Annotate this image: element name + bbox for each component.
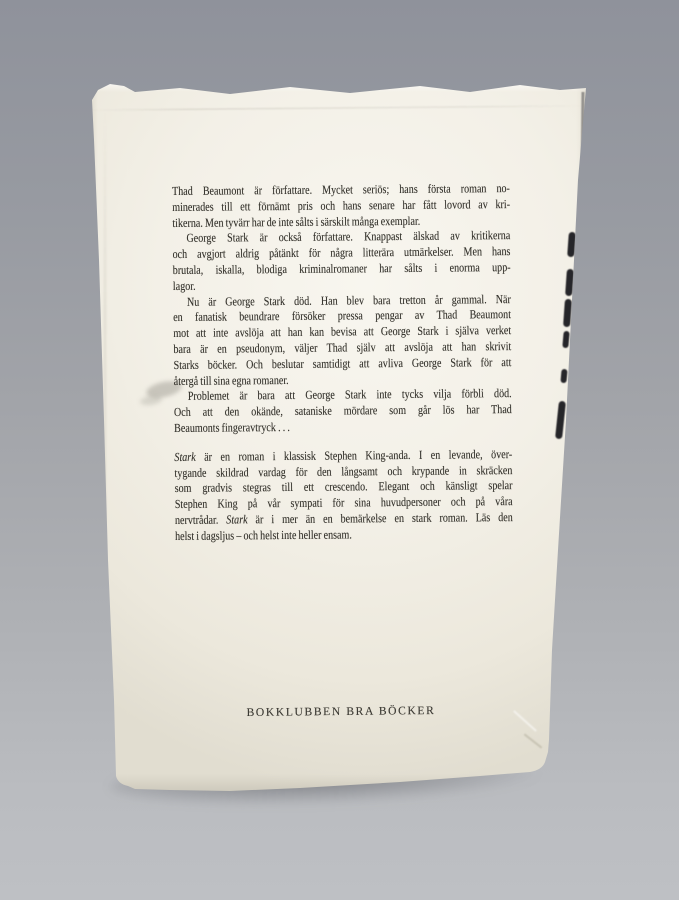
spine-edge-mark bbox=[567, 232, 576, 257]
text-line: nervtrådar. Stark är i mer än en bemärke… bbox=[175, 510, 513, 529]
blurb-paragraph: Stark är en roman i klassisk Stephen Kin… bbox=[174, 447, 513, 545]
text-line: minerades till ett förnämt pris och hans… bbox=[172, 197, 510, 216]
blurb-paragraph: Thad Beaumont är författare. Mycket seri… bbox=[172, 181, 510, 231]
text-line: brutala, iskalla, blodiga kriminalromane… bbox=[173, 260, 511, 279]
spine-edge-mark bbox=[560, 369, 567, 383]
spine-edge-shadow bbox=[581, 92, 585, 184]
blurb-paragraph: Nu är George Stark död. Han blev bara tr… bbox=[173, 292, 512, 390]
back-cover-blurb: Thad Beaumont är författare. Mycket seri… bbox=[172, 181, 513, 544]
smudge-stain bbox=[139, 395, 162, 407]
spine-edge-mark bbox=[565, 269, 574, 296]
jacket-top-crease bbox=[90, 105, 584, 111]
book-back-cover: Thad Beaumont är författare. Mycket seri… bbox=[84, 80, 596, 804]
text-line: Beaumonts fingeravtryck . . . bbox=[174, 418, 512, 437]
blurb-paragraph: Problemet är bara att George Stark inte … bbox=[174, 386, 512, 436]
text-line: helst i dagsljus – och helst inte heller… bbox=[175, 526, 513, 545]
publisher-imprint: BOKKLUBBEN BRA BÖCKER bbox=[181, 703, 501, 719]
spine-edge-mark bbox=[555, 401, 566, 440]
jacket-fold-line bbox=[104, 110, 106, 770]
photo-backdrop: Thad Beaumont är författare. Mycket seri… bbox=[0, 0, 679, 900]
jacket-corner-crease bbox=[513, 710, 537, 732]
spine-edge-mark bbox=[563, 299, 572, 327]
jacket-corner-crease bbox=[524, 733, 543, 748]
spine-edge-mark bbox=[562, 331, 569, 348]
blurb-paragraph: George Stark är också författare. Knappa… bbox=[172, 228, 510, 294]
text-line: Starks böcker. Och beslutar samtidigt at… bbox=[174, 355, 512, 374]
text-line: Och att den okände, sataniske mördare so… bbox=[174, 402, 512, 421]
